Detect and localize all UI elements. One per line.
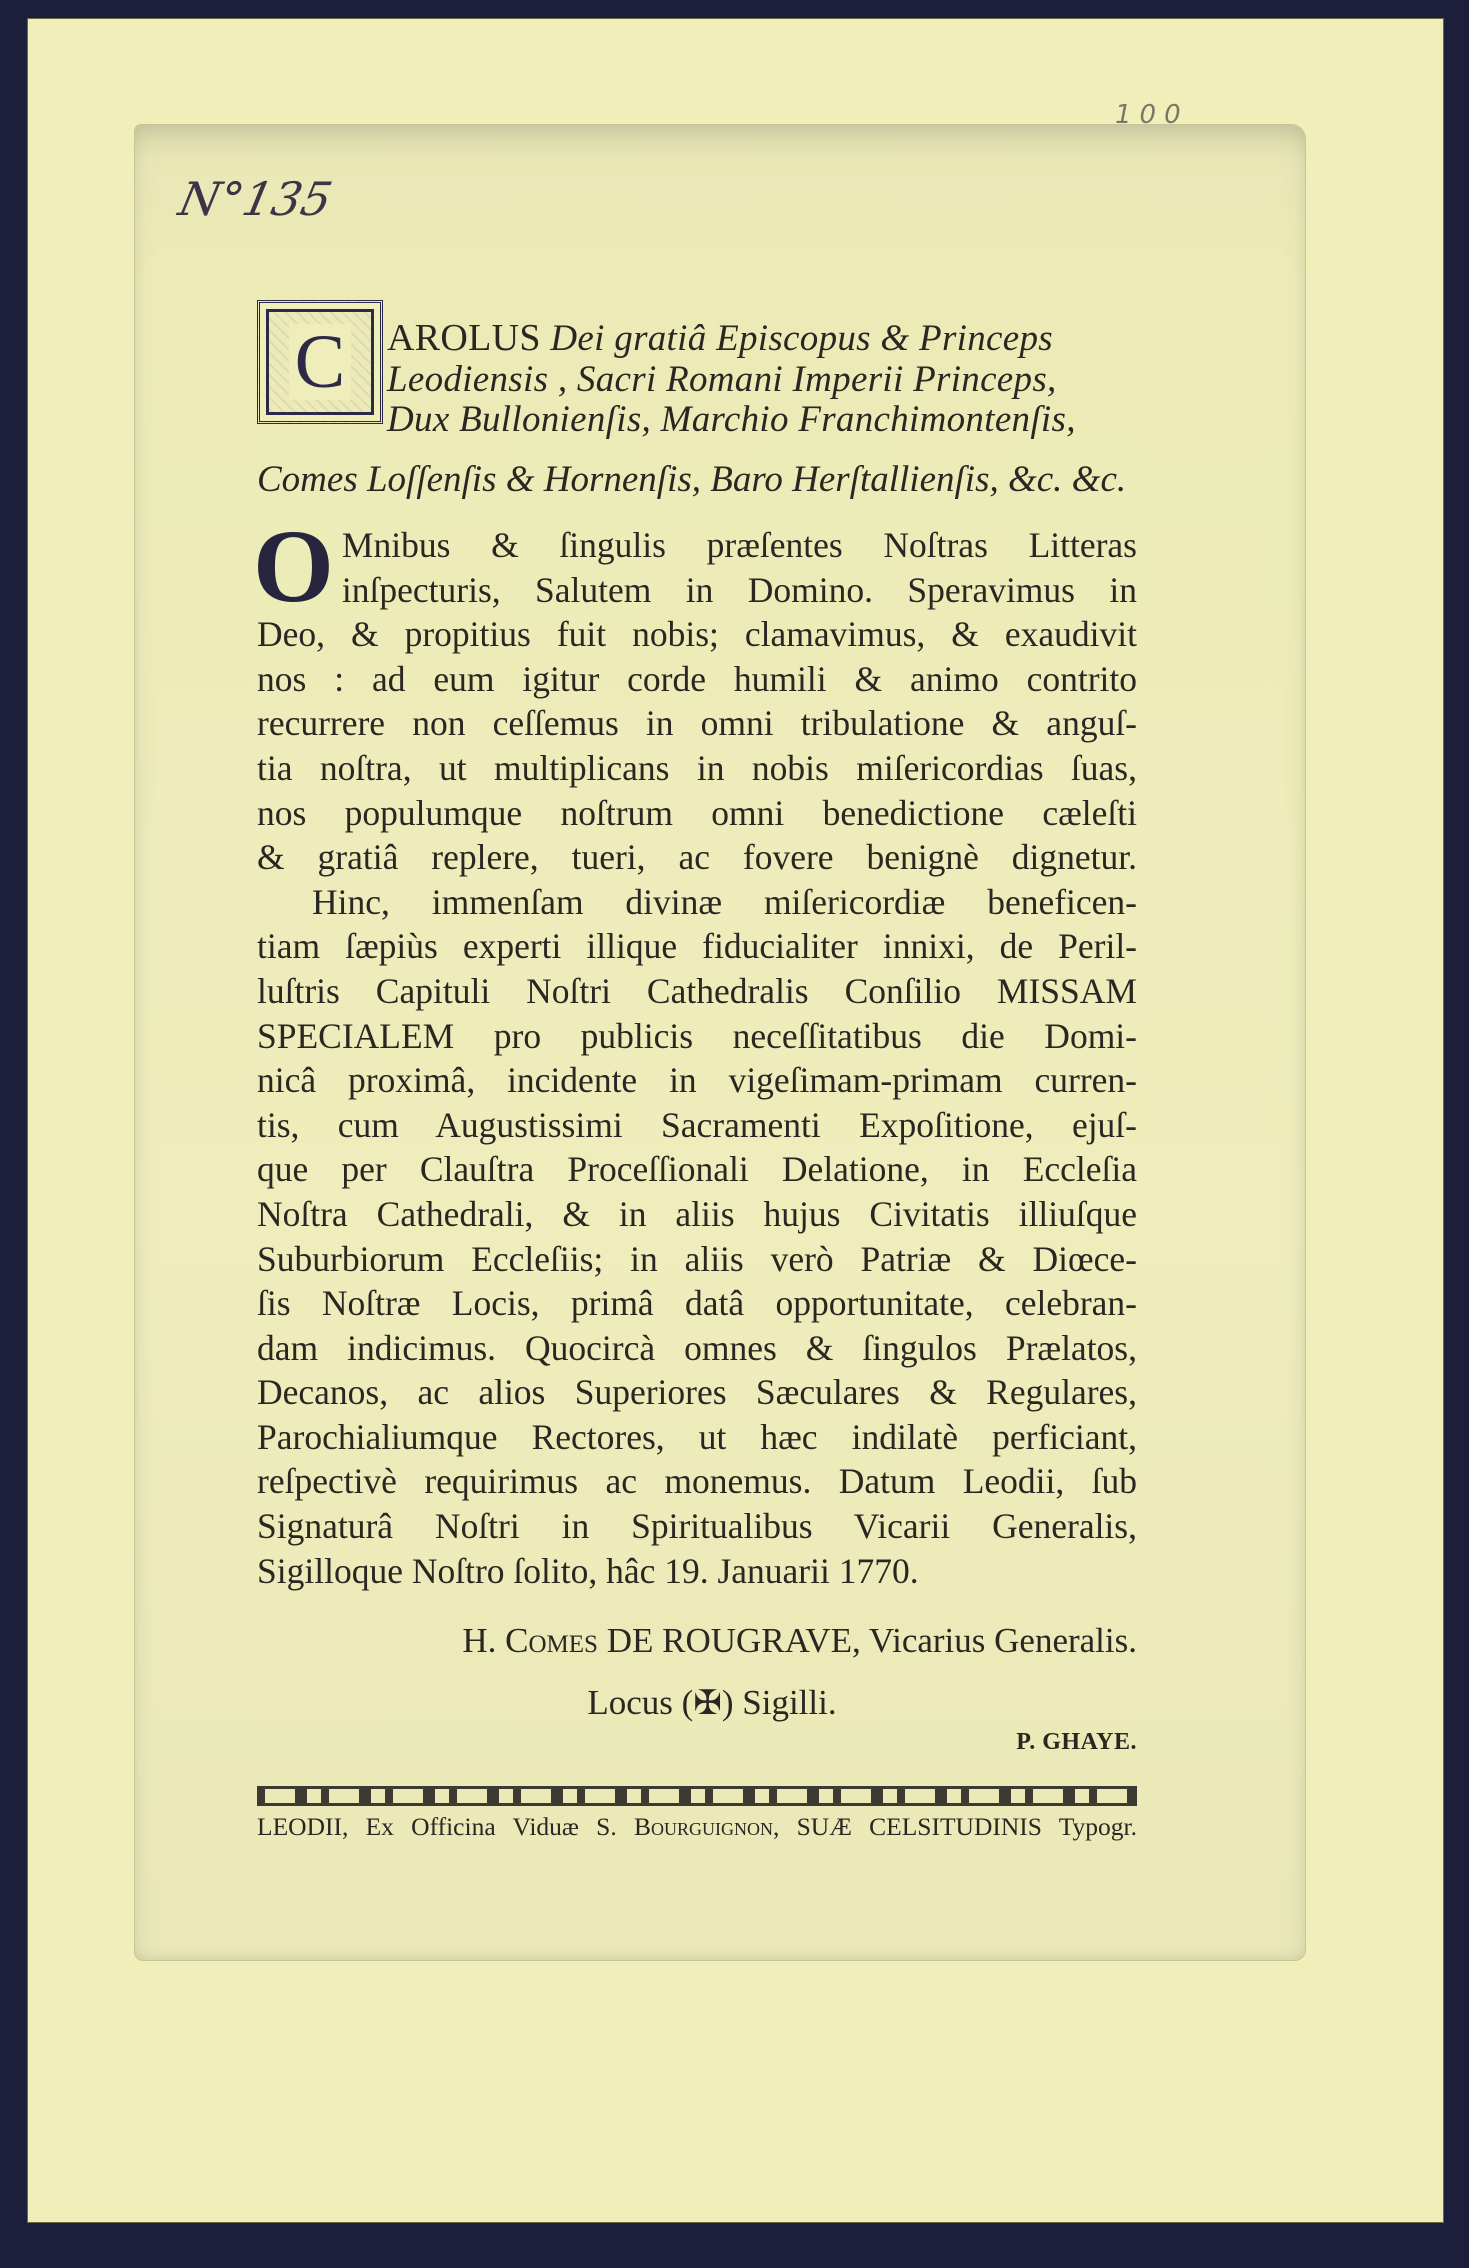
text-line: Hinc, immenſam divinæ miſericordiæ benef… bbox=[257, 880, 1137, 925]
text-line: reſpectivè requirimus ac monemus. Datum … bbox=[257, 1459, 1137, 1504]
seal-line: Locus (✠) Sigilli. bbox=[257, 1683, 1137, 1723]
manuscript-number: N°135 bbox=[174, 172, 337, 226]
printer-imprint: LEODII, Ex Officina Viduæ S. Bourguignon… bbox=[257, 1812, 1137, 1842]
paragraph-1: O Mnibus & ſingulis præſentes Noſtras Li… bbox=[257, 523, 1137, 880]
signature-name: DE ROUGRAVE bbox=[598, 1621, 852, 1660]
signature-title: , Vicarius Generalis. bbox=[852, 1621, 1137, 1660]
imprint-printer: Bourguignon bbox=[634, 1812, 773, 1841]
text-line: Signaturâ Noſtri in Spiritualibus Vicari… bbox=[257, 1504, 1137, 1549]
seal-right: ) Sigilli. bbox=[722, 1683, 837, 1722]
text-line: Mnibus & ſingulis præſentes Noſtras Litt… bbox=[257, 523, 1137, 568]
text-line: Parochialiumque Rectores, ut hæc indilat… bbox=[257, 1415, 1137, 1460]
text-line: ſis Noſtræ Locis, primâ datâ opportunita… bbox=[257, 1281, 1137, 1326]
cross-icon: ✠ bbox=[693, 1685, 722, 1722]
ornamental-initial: C bbox=[257, 300, 383, 424]
signature-prefix: H. bbox=[462, 1621, 505, 1660]
text-line: recurrere non ceſſemus in omni tribulati… bbox=[257, 701, 1137, 746]
text-line: Suburbiorum Eccleſiis; in aliis verò Pat… bbox=[257, 1237, 1137, 1282]
ornamental-rule bbox=[257, 1786, 1137, 1806]
document-body: C AROLUS Dei gratiâ Episcopus & Princeps… bbox=[257, 300, 1137, 1842]
text-line: Decanos, ac alios Superiores Sæculares &… bbox=[257, 1370, 1137, 1415]
drop-cap: O bbox=[253, 527, 334, 607]
text-line: dam indicimus. Quocircà omnes & ſingulos… bbox=[257, 1326, 1137, 1371]
text-line: nos : ad eum igitur corde humili & animo… bbox=[257, 657, 1137, 702]
heading-name: AROLUS bbox=[387, 317, 541, 359]
text-line: nos populumque noſtrum omni benedictione… bbox=[257, 791, 1137, 836]
text-line: tis, cum Augustissimi Sacramenti Expoſit… bbox=[257, 1103, 1137, 1148]
text-line: nicâ proximâ, incidente in vigeſimam-pri… bbox=[257, 1058, 1137, 1103]
seal-left: Locus ( bbox=[587, 1683, 693, 1722]
heading-title: Dei gratiâ Episcopus & Princeps bbox=[550, 318, 1053, 359]
heading-line-1: AROLUS Dei gratiâ Episcopus & Princeps bbox=[387, 316, 1053, 360]
imprint-part-2: , SUÆ CELSITUDINIS Typogr. bbox=[773, 1812, 1137, 1841]
heading-line-4: Comes Loſſenſis & Hornenſis, Baro Herſta… bbox=[257, 458, 1137, 501]
paragraph-2: Hinc, immenſam divinæ miſericordiæ benef… bbox=[257, 880, 1137, 1594]
imprint-part-1: LEODII, Ex Officina Viduæ S. bbox=[257, 1812, 634, 1841]
text-line: Sigilloque Noſtro ſolito, hâc 19. Januar… bbox=[257, 1549, 1137, 1594]
text-line: inſpecturis, Salutem in Domino. Speravim… bbox=[257, 568, 1137, 613]
heading-block: C AROLUS Dei gratiâ Episcopus & Princeps… bbox=[257, 300, 1137, 460]
secretary-name: P. GHAYE. bbox=[257, 1729, 1137, 1756]
text-line: SPECIALEM pro publicis neceſſitatibus di… bbox=[257, 1014, 1137, 1059]
text-line: tiam ſæpiùs experti illique fiducialiter… bbox=[257, 924, 1137, 969]
text-line: que per Clauſtra Proceſſionali Delatione… bbox=[257, 1147, 1137, 1192]
text-line: Deo, & propitius fuit nobis; clamavimus,… bbox=[257, 612, 1137, 657]
text-line: luſtris Capituli Noſtri Cathedralis Conſ… bbox=[257, 969, 1137, 1014]
text-line: tia noſtra, ut multiplicans in nobis miſ… bbox=[257, 746, 1137, 791]
heading-line-2: Leodiensis , Sacri Romani Imperii Prince… bbox=[387, 358, 1057, 401]
initial-letter: C bbox=[289, 324, 352, 400]
text-line: & gratiâ replere, tueri, ac fovere benig… bbox=[257, 835, 1137, 880]
heading-line-3: Dux Bullonienſis, Marchio Franchimontenſ… bbox=[387, 398, 1076, 441]
signature-comes: Comes bbox=[505, 1621, 598, 1660]
text-line: Noſtra Cathedrali, & in aliis hujus Civi… bbox=[257, 1192, 1137, 1237]
signature-line: H. Comes DE ROUGRAVE, Vicarius Generalis… bbox=[257, 1621, 1137, 1661]
pencil-page-number: 100 bbox=[1115, 100, 1189, 130]
